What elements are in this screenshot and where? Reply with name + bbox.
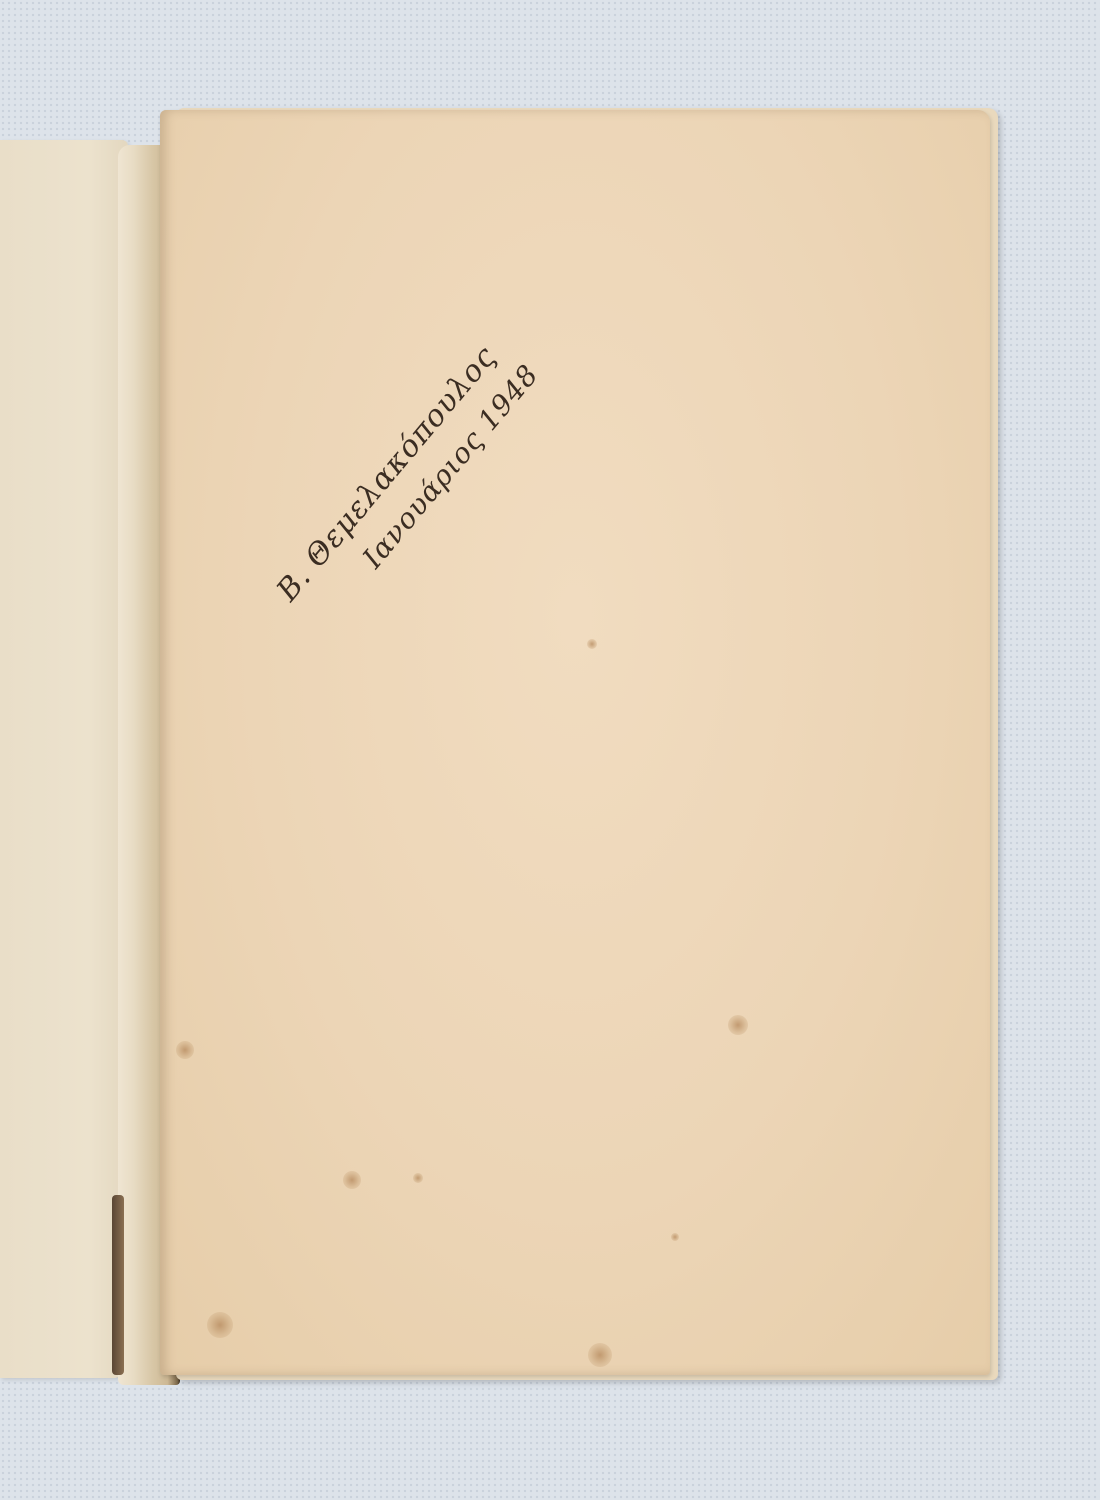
foxing-spot	[728, 1015, 748, 1035]
foxing-spot	[176, 1041, 194, 1059]
foxing-spot	[671, 1233, 679, 1241]
foxing-spot	[207, 1312, 233, 1338]
foxing-spot	[587, 639, 597, 649]
foxing-spot	[413, 1173, 423, 1183]
left-book-cover	[0, 140, 128, 1378]
foxing-spot	[343, 1171, 361, 1189]
spine-tear	[112, 1195, 124, 1375]
foxing-spot	[588, 1343, 612, 1367]
